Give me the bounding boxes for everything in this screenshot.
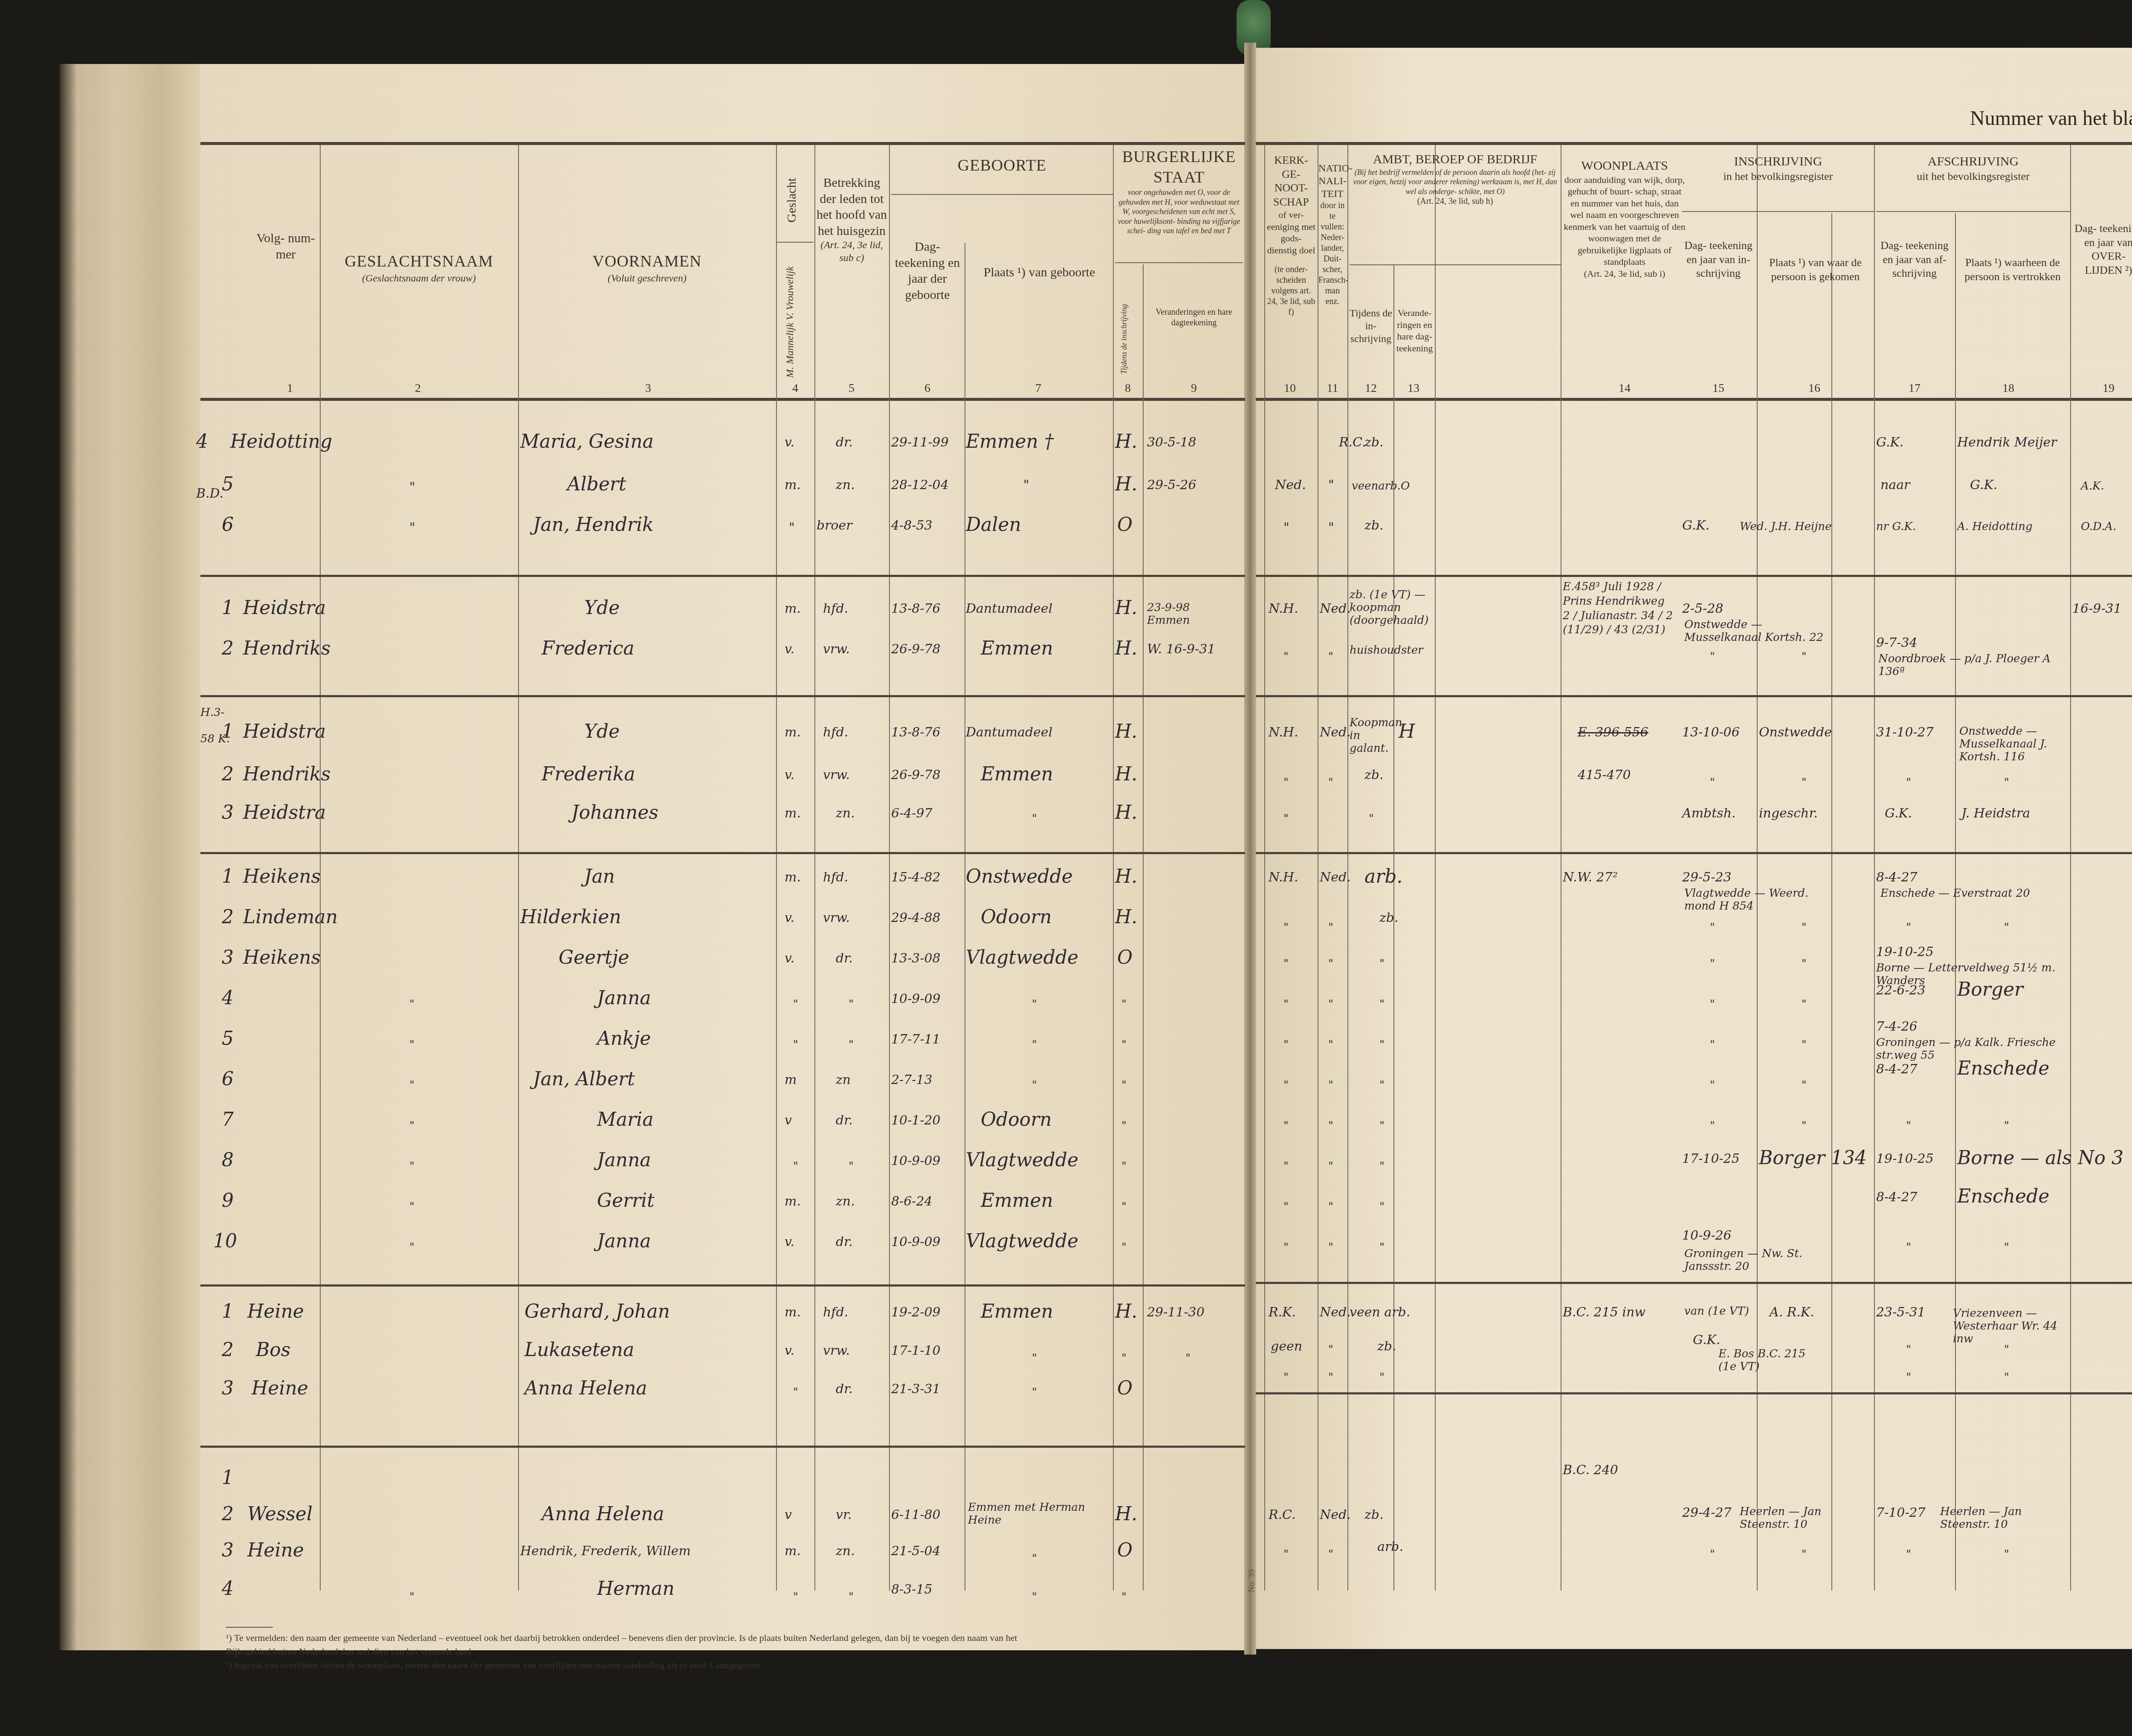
- column-divider: [1347, 145, 1348, 1591]
- household-separator: [1256, 575, 2132, 577]
- birth-place: ": [1032, 1552, 1037, 1565]
- relation: dr.: [836, 1113, 853, 1128]
- birth-date: 28-12-04: [891, 478, 949, 493]
- arrival-date: ": [1710, 1548, 1715, 1561]
- header-col-7: Plaats ¹) van geboorte: [966, 264, 1113, 281]
- arrival-place: ": [1802, 1038, 1807, 1051]
- birth-date: 10-1-20: [891, 1113, 941, 1128]
- arrival-place: E. Bos B.C. 215 (1e VT): [1718, 1348, 1821, 1373]
- nationality: ": [1328, 1038, 1333, 1051]
- arrival-date: 17-10-25: [1682, 1151, 1740, 1166]
- address: N.W. 27²: [1563, 870, 1618, 885]
- arrival-date: G.K.: [1693, 1333, 1720, 1348]
- departure-place: A. Heidotting: [1957, 520, 2033, 533]
- arrival-date: ": [1710, 998, 1715, 1011]
- occupation: zb. (1e VT) — koopman (doorgehaald): [1350, 588, 1431, 627]
- occupation: zb.: [1364, 768, 1384, 783]
- surname: ": [409, 1119, 414, 1132]
- arrival-place: ": [1802, 1119, 1807, 1132]
- birth-place: ": [1032, 1352, 1037, 1365]
- header-col-12: Tijdens de in- schrijving: [1350, 307, 1392, 345]
- column-divider: [1831, 213, 1832, 1591]
- relation: vrw.: [823, 1343, 850, 1358]
- birth-date: 2-7-13: [891, 1072, 933, 1087]
- header-col-6: Dag- teekening en jaar der geboorte: [891, 239, 964, 303]
- row-number: 4: [222, 1578, 234, 1600]
- birth-place: Dantumadeel: [966, 725, 1052, 740]
- relation: vrw.: [823, 768, 850, 783]
- surname: ": [409, 998, 414, 1011]
- birth-date: 13-8-76: [891, 725, 941, 740]
- occupation: Koopman in galant.: [1350, 716, 1392, 755]
- given-names: Frederica: [542, 638, 634, 659]
- birth-date: 21-3-31: [891, 1382, 941, 1397]
- departure-place: Noordbroek — p/a J. Ploeger A 136ª: [1878, 652, 2066, 678]
- relation: ": [849, 1591, 854, 1603]
- religion: ": [1283, 1079, 1289, 1092]
- column-number: 8: [1119, 382, 1136, 395]
- surname: Heine: [247, 1301, 304, 1322]
- header-col-11: NATIO- NALI- TEITdoor in te vullen: Nede…: [1318, 162, 1347, 307]
- occupation: ": [1379, 1079, 1385, 1092]
- header-col-19: Dag- teekening en jaar van OVER- LIJDEN …: [2072, 222, 2132, 277]
- relation: broer: [817, 518, 852, 533]
- column-divider: [1955, 213, 1956, 1591]
- column-number: 4: [787, 382, 804, 395]
- occupation: ": [1369, 812, 1374, 825]
- column-divider: [518, 145, 519, 1591]
- departure-place: Enschede — Everstraat 20: [1880, 887, 2068, 900]
- civil-status: ": [1121, 1119, 1127, 1132]
- footnote-1: ¹) Te vermelden: den naam der gemeente v…: [226, 1631, 1036, 1658]
- arrival-date: ": [1710, 921, 1715, 934]
- sex: v.: [785, 951, 794, 966]
- row-number: 4: [196, 431, 208, 452]
- sex: ": [793, 1160, 798, 1173]
- occupation: veenarb.O: [1352, 480, 1410, 493]
- surname: Lindeman: [243, 906, 338, 928]
- header-top-rule: [200, 142, 1245, 145]
- surname: ": [409, 1160, 414, 1173]
- header-group-afschrijving: AFSCHRIJVINGuit het bevolkingsregister: [1876, 154, 2070, 183]
- column-divider: [1393, 264, 1394, 1591]
- civil-status: H.: [1115, 1503, 1137, 1525]
- arrival-date: Ambtsh.: [1682, 806, 1736, 821]
- column-divider: [1113, 145, 1114, 1591]
- birth-date: 8-6-24: [891, 1194, 933, 1209]
- sex: v.: [785, 1235, 794, 1249]
- sex: m.: [785, 1544, 801, 1559]
- column-number: 1: [281, 382, 298, 395]
- birth-date: 15-4-82: [891, 870, 941, 885]
- civil-status: ": [1121, 1200, 1127, 1213]
- sex: v.: [785, 1343, 794, 1358]
- civil-status-change: 29-5-26: [1147, 478, 1196, 493]
- relation: zn.: [836, 1194, 855, 1209]
- nationality: ": [1328, 957, 1333, 970]
- header-top-rule: [1256, 142, 2132, 145]
- occupation: zb.: [1379, 910, 1399, 925]
- nationality: ": [1328, 1371, 1333, 1384]
- arrival-date: 2-5-28: [1682, 601, 1724, 616]
- religion: geen: [1271, 1339, 1302, 1354]
- surname: Heine: [252, 1377, 308, 1399]
- occupation: arb.: [1377, 1539, 1403, 1554]
- given-names: Jan: [584, 866, 615, 887]
- death-date: 16-9-31: [2072, 601, 2122, 616]
- birth-place: ": [1032, 1038, 1037, 1051]
- departure-place: ": [2004, 1548, 2009, 1561]
- civil-status: H.: [1115, 763, 1137, 785]
- arrival-date: 29-4-27: [1682, 1505, 1732, 1520]
- birth-place: ": [1032, 1591, 1037, 1603]
- arrival-date: van (1e VT): [1684, 1305, 1753, 1318]
- civil-status: H.: [1115, 906, 1137, 928]
- header-col-13: Verande- ringen en hare dag- teekening: [1394, 307, 1435, 354]
- sex: m.: [785, 1305, 801, 1320]
- household-separator: [200, 1446, 1245, 1448]
- sex: v.: [785, 642, 794, 657]
- religion: R.K.: [1269, 1305, 1296, 1320]
- given-names: Hilderkien: [520, 906, 621, 928]
- birth-place: ": [1032, 1079, 1037, 1092]
- row-number: 1: [222, 721, 234, 742]
- birth-date: 10-9-09: [891, 1153, 941, 1168]
- arrival-place: ": [1802, 1079, 1807, 1092]
- row-number: 10: [213, 1230, 237, 1252]
- birth-date: 6-4-97: [891, 806, 933, 821]
- departure-date: 9-7-34: [1876, 635, 1918, 650]
- civil-status: H.: [1115, 638, 1137, 659]
- civil-status: ": [1121, 1079, 1127, 1092]
- header-col-4-sub: M. Mannelijk V. Vrouwelijk: [784, 264, 797, 380]
- birth-date: 4-8-53: [891, 518, 933, 533]
- footnotes: ¹) Te vermelden: den naam der gemeente v…: [226, 1627, 1036, 1672]
- header-group-burgerlijke-staat: BURGERLIJKE STAATvoor ongehuwden met O, …: [1115, 147, 1243, 236]
- religion: ": [1283, 812, 1289, 825]
- civil-status: H.: [1115, 866, 1137, 887]
- occupation: ": [1379, 1371, 1385, 1384]
- civil-status-change: ": [1185, 1352, 1191, 1365]
- civil-status: ": [1121, 1241, 1127, 1254]
- row-number: 6: [222, 1068, 234, 1090]
- religion: ": [1283, 1548, 1289, 1561]
- occupation: zb.: [1364, 1507, 1384, 1522]
- given-names: Yde: [584, 721, 620, 742]
- civil-status-change: 23-9-98 Emmen: [1147, 601, 1202, 627]
- relation: hfd.: [823, 870, 848, 885]
- given-names: Gerhard, Johan: [524, 1301, 670, 1322]
- sex: ": [793, 1591, 798, 1603]
- column-divider: [965, 243, 965, 1591]
- surname: Bos: [256, 1339, 290, 1361]
- nationality: ": [1328, 1200, 1333, 1213]
- arrival-date: ": [1710, 650, 1715, 663]
- birth-place: Emmen met Herman Heine: [968, 1501, 1113, 1527]
- relation: zn.: [836, 806, 855, 821]
- given-names: Herman: [597, 1578, 675, 1600]
- relation: dr.: [836, 435, 853, 450]
- birth-date: 29-11-99: [891, 435, 949, 450]
- arrival-place: Heerlen — Jan Steenstr. 10: [1740, 1505, 1868, 1531]
- footnote-2: ²) Ingeval van overlijden buiten de woon…: [226, 1658, 1036, 1672]
- column-divider: [1435, 145, 1436, 1591]
- arrival-place: Groningen — Nw. St. Janssstr. 20: [1684, 1247, 1829, 1273]
- departure-date: 7-10-27: [1876, 1505, 1926, 1520]
- footnote-divider: [226, 1627, 273, 1628]
- book-page-edges: [60, 64, 205, 1650]
- departure-place: ": [2004, 776, 2009, 789]
- departure-date: ": [1906, 1548, 1911, 1561]
- relation: dr.: [836, 1382, 853, 1397]
- binding-stamp: No. 39: [1247, 1569, 1257, 1592]
- religion: ": [1283, 1160, 1289, 1173]
- header-group-inschrijving: INSCHRIJVINGin het bevolkingsregister: [1682, 154, 1874, 183]
- header-col-17: Dag- teekening en jaar van af- schrijvin…: [1876, 239, 1953, 281]
- arrival-date: ": [1710, 1079, 1715, 1092]
- birth-place: ": [1023, 478, 1029, 493]
- occupation: ": [1379, 1160, 1385, 1173]
- birth-date: 19-2-09: [891, 1305, 941, 1320]
- departure-place: ": [2004, 1371, 2009, 1384]
- given-names: Anna Helena: [524, 1377, 647, 1399]
- departure-place: J. Heidstra: [1961, 806, 2030, 821]
- arrival-date: G.K.: [1682, 518, 1709, 533]
- household-separator: [1256, 1282, 2132, 1284]
- surname: ": [409, 1241, 414, 1254]
- civil-status-change: 30-5-18: [1147, 435, 1196, 450]
- birth-date: 26-9-78: [891, 768, 941, 783]
- row-number: 2: [222, 906, 234, 928]
- nationality: ": [1328, 1079, 1333, 1092]
- religion: N.H.: [1269, 725, 1298, 740]
- column-divider: [776, 145, 777, 1591]
- civil-status-change: 29-11-30: [1147, 1305, 1205, 1320]
- birth-place: Emmen †: [966, 431, 1054, 452]
- nationality: ": [1328, 650, 1333, 663]
- departure-place: Borne — als No 3: [1957, 1147, 2123, 1169]
- left-page: [200, 64, 1249, 1650]
- religion: ": [1283, 921, 1289, 934]
- civil-status: O: [1117, 514, 1133, 536]
- given-names: Yde: [584, 597, 620, 619]
- household-separator: [1256, 695, 2132, 697]
- religion: ": [1283, 1038, 1289, 1051]
- civil-status: O: [1117, 947, 1133, 968]
- arrival-place: Onstwedde — Musselkanaal Kortsh. 22: [1684, 618, 1829, 644]
- nationality: Ned.: [1320, 601, 1351, 616]
- religion: ": [1283, 1371, 1289, 1384]
- relation: ": [849, 998, 854, 1011]
- group-rule-afschrijving: [1876, 211, 2070, 212]
- departure-place: Hendrik Meijer: [1957, 435, 2057, 450]
- given-names: Maria: [597, 1109, 654, 1130]
- surname: Heidstra: [243, 721, 326, 742]
- row-number: 2: [222, 1503, 234, 1525]
- given-names: Frederika: [542, 763, 635, 785]
- arrival-date: ": [1710, 776, 1715, 789]
- row-number: 3: [222, 802, 234, 823]
- header-bottom-rule: [200, 398, 1245, 401]
- birth-place: ": [1032, 1386, 1037, 1399]
- household-separator: [200, 1284, 1245, 1287]
- row-number: 3: [222, 1377, 234, 1399]
- household-separator: [200, 695, 1245, 697]
- birth-place: Vlagtwedde: [966, 947, 1078, 968]
- civil-status: ": [1121, 1591, 1127, 1603]
- header-col-3: VOORNAMEN(Voluit geschreven): [520, 252, 774, 285]
- religion: R.C.: [1269, 1507, 1296, 1522]
- relation: hfd.: [823, 1305, 848, 1320]
- column-number: 18: [2000, 382, 2017, 395]
- row-number: 9: [222, 1190, 234, 1211]
- departure-place: Borger: [1957, 979, 2023, 1000]
- column-number: 17: [1906, 382, 1923, 395]
- arrival-date: ": [1710, 957, 1715, 970]
- relation: ": [849, 1038, 854, 1051]
- birth-place: Odoorn: [981, 1109, 1052, 1130]
- religion: N.H.: [1269, 601, 1298, 616]
- civil-status: H.: [1115, 597, 1137, 619]
- sex: v.: [785, 768, 794, 783]
- given-names: Geertje: [559, 947, 629, 968]
- departure-date: 19-10-25: [1876, 1151, 1934, 1166]
- address: B.C. 240: [1563, 1463, 1618, 1478]
- civil-status: H.: [1115, 473, 1137, 495]
- sheet-number-label: Nummer van het blad: [1970, 107, 2132, 130]
- arrival-date: 10-9-26: [1682, 1228, 1732, 1243]
- column-divider: [1561, 145, 1561, 1591]
- death-note: O.D.A.: [2081, 520, 2116, 533]
- surname: Heidotting: [230, 431, 332, 452]
- column-number: 6: [919, 382, 936, 395]
- birth-date: 17-7-11: [891, 1032, 941, 1047]
- group-rule-geboorte: [891, 194, 1113, 195]
- civil-status: O: [1117, 1377, 1133, 1399]
- household-separator: [1256, 1392, 2132, 1394]
- header-col-15: Dag- teekening en jaar van in- schrijvin…: [1682, 239, 1755, 281]
- given-names: Jan, Albert: [533, 1068, 635, 1090]
- column-divider: [1757, 145, 1758, 1591]
- religion: ": [1283, 1119, 1289, 1132]
- birth-place: Emmen: [981, 638, 1053, 659]
- arrival-place: ": [1802, 998, 1807, 1011]
- column-number: 13: [1405, 382, 1422, 395]
- sex: m: [785, 1072, 797, 1087]
- civil-status: O: [1117, 1539, 1133, 1561]
- right-page: [1254, 48, 2132, 1649]
- column-divider: [814, 145, 815, 1591]
- departure-place: Enschede: [1957, 1185, 2049, 1207]
- column-divider: [1264, 145, 1265, 1591]
- departure-date: 8-4-27: [1876, 1062, 1918, 1077]
- sex: m.: [785, 601, 801, 616]
- birth-place: Emmen: [981, 1190, 1053, 1211]
- household-separator: [1256, 852, 2132, 854]
- departure-place: Onstwedde — Musselkanaal J. Kortsh. 116: [1959, 725, 2070, 763]
- religion: N.H.: [1269, 870, 1298, 885]
- arrival-place: Wed. J.H. Heijne: [1740, 520, 1832, 533]
- birth-date: 26-9-78: [891, 642, 941, 657]
- given-names: Johannes: [571, 802, 658, 823]
- surname: ": [409, 480, 415, 495]
- birth-date: 8-3-15: [891, 1582, 933, 1597]
- arrival-place: ": [1802, 650, 1807, 663]
- arrival-place: ": [1802, 921, 1807, 934]
- sex: ": [793, 1038, 798, 1051]
- arrival-date: ": [1710, 1119, 1715, 1132]
- civil-status-change: W. 16-9-31: [1147, 642, 1215, 657]
- religion: ": [1283, 998, 1289, 1011]
- row-number: 1: [222, 866, 234, 887]
- column-divider: [1318, 145, 1318, 1591]
- given-names: Anna Helena: [542, 1503, 664, 1525]
- row-number: 1: [222, 1467, 234, 1489]
- header-group-geboorte: GEBOORTE: [891, 156, 1113, 176]
- birth-date: 10-9-09: [891, 991, 941, 1006]
- birth-date: 13-3-08: [891, 951, 941, 966]
- sex: ": [793, 1386, 798, 1399]
- departure-place: ": [2004, 1119, 2009, 1132]
- relation: ": [849, 1160, 854, 1173]
- sex: m.: [785, 725, 801, 740]
- nationality: ": [1328, 1548, 1333, 1561]
- departure-place: ": [2004, 1343, 2009, 1356]
- religion: ": [1328, 520, 1334, 535]
- religion: ": [1283, 776, 1289, 789]
- column-divider: [1143, 264, 1144, 1591]
- given-names: Lukasetena: [524, 1339, 634, 1361]
- row-number: 5: [222, 473, 234, 495]
- occupation: veen arb.: [1350, 1305, 1410, 1320]
- arrival-place: ingeschr.: [1759, 806, 1818, 821]
- surname: Heidstra: [243, 597, 326, 619]
- relation: vrw.: [823, 910, 850, 925]
- sex: m.: [785, 478, 801, 493]
- occupation: ": [1379, 1241, 1385, 1254]
- departure-date: 8-4-27: [1876, 870, 1918, 885]
- civil-status: ": [1121, 1352, 1127, 1365]
- nationality: Ned.: [1320, 1305, 1351, 1320]
- arrival-place: A. R.K.: [1770, 1305, 1814, 1320]
- relation: zn.: [836, 1544, 855, 1559]
- header-bottom-rule: [1256, 398, 2132, 401]
- departure-date: 22-6-23: [1876, 983, 1926, 998]
- departure-date: ": [1906, 1371, 1911, 1384]
- given-names: Janna: [597, 987, 651, 1009]
- occupation-change: H: [1399, 721, 1415, 742]
- nationality: Ned.: [1320, 870, 1351, 885]
- relation: vr.: [836, 1507, 852, 1522]
- row-number: 6: [222, 514, 234, 536]
- departure-place: Vriezenveen — Westerhaar Wr. 44 inw: [1953, 1307, 2072, 1345]
- departure-date: G.K.: [1885, 806, 1912, 821]
- civil-status: ": [1121, 1160, 1127, 1173]
- surname: ": [409, 520, 415, 535]
- relation: zn: [836, 1072, 851, 1087]
- row-number: 7: [222, 1109, 234, 1130]
- birth-date: 10-9-09: [891, 1235, 941, 1249]
- surname: Heidstra: [243, 802, 326, 823]
- birth-place: Dantumadeel: [966, 601, 1052, 616]
- column-divider: [889, 145, 890, 1591]
- departure-place: G.K.: [1970, 478, 1997, 493]
- sex: m.: [785, 1194, 801, 1209]
- row-number: 3: [222, 947, 234, 968]
- group-rule-ambt: [1350, 264, 1561, 265]
- row-number: 2: [222, 1339, 234, 1361]
- sex: ": [789, 520, 795, 535]
